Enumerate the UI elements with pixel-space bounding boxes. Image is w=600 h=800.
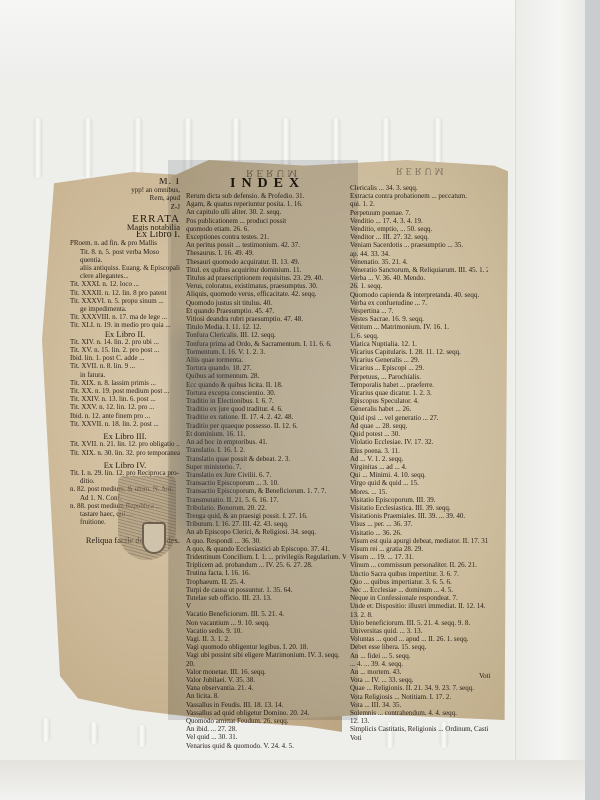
tray-ridge bbox=[84, 118, 92, 178]
index-entry: Visum est quia apurgi debeat, mediator. … bbox=[350, 537, 488, 545]
index-entry: 1. 6. seqq. bbox=[350, 332, 488, 340]
index-entry: ... 4. ... 39. 4. seqq. bbox=[350, 660, 488, 668]
overlay-shadow bbox=[178, 330, 238, 530]
index-entry: Vinum ... commissum personaliter. II. 26… bbox=[350, 561, 488, 569]
index-entry: Perpetuum poenae. 7. bbox=[350, 209, 488, 217]
errata-line: Tit. XX. n. 19. post medium post ... bbox=[70, 387, 180, 395]
index-entry: 12. 13. bbox=[350, 717, 488, 725]
index-entry: 26. 1. seqq. bbox=[350, 282, 488, 290]
errata-line: Tit. XIX. n. 30. lin. 32. pro temporanea… bbox=[70, 449, 180, 457]
index-entry: Violatio Ecclesiae. IV. 17. 32. bbox=[350, 438, 488, 446]
index-entry: Vetitum ... Matrimonium. IV. 16. 1. bbox=[350, 323, 488, 331]
header-note: ypp! an omnibus, bbox=[70, 186, 180, 194]
errata-line: clere allegantes... bbox=[70, 272, 180, 280]
errata-line: Tit. XXVII. n. 18. lin. 2. post ... bbox=[70, 420, 180, 428]
errata-line: Ibid. n. 12. ante finem pro ... bbox=[70, 412, 180, 420]
tray-ridge bbox=[434, 118, 442, 168]
section-heading: Ex Libro I. bbox=[70, 231, 180, 239]
index-entry: 13. 2. 8. bbox=[350, 611, 488, 619]
errata-line: Tit. XXXII. n. 12. lin. 8 pro patent bbox=[70, 289, 180, 297]
header-note: Rem, apud bbox=[70, 194, 180, 202]
index-entry: Clericalis ... 34. 3. seqq. bbox=[350, 184, 488, 192]
index-entry: Episcopus Speculator. 4. bbox=[350, 397, 488, 405]
index-entry: Simplicis Castitatis, Religionis ... Ord… bbox=[350, 725, 488, 733]
index-entry: Visitationis Praemiales. III. 39. ... 39… bbox=[350, 512, 488, 520]
errata-line: aliis antiquiss. Euang. & Episcopalis bbox=[70, 264, 180, 272]
errata-line: Ibid. lin. 1. post C. adde ... bbox=[70, 354, 180, 362]
index-entry: Debet esse libera. 15. seqq. bbox=[350, 643, 488, 651]
index-entry: An ... mortem. 43. bbox=[350, 668, 488, 676]
index-entry: Visum rei ... gratia 28. 29. bbox=[350, 545, 488, 553]
ornament-shield-icon bbox=[142, 522, 166, 554]
errata-title: ERRATA bbox=[70, 215, 180, 223]
tray-ridge bbox=[134, 118, 142, 178]
index-entry: Visitatio ... 36. 26. bbox=[350, 529, 488, 537]
errata-line: Tit. XXV. n. 12. lin. 12. pro ... bbox=[70, 403, 180, 411]
errata-line: Tit. XV. n. 15. lin. 2. pro post ... bbox=[70, 346, 180, 354]
index-entry: Neque in Confessionale respondeat. 7. bbox=[350, 594, 488, 602]
errata-line: ge impedimenta. bbox=[70, 305, 180, 313]
mirrored-running-head-right: RERUM bbox=[396, 165, 447, 176]
index-entry: Venditio ... 17. 4. 3. 4. 19. bbox=[350, 217, 488, 225]
index-entry: Veneratio Sanctorum, & Reliquiarum. III.… bbox=[350, 266, 488, 274]
index-entry: Unde et: Dispositio: illustri immediat. … bbox=[350, 602, 488, 610]
index-entry: Vel quid ... 30. 31. bbox=[186, 733, 346, 741]
index-entry: Visus ... per. ... 36. 37. bbox=[350, 520, 488, 528]
errata-line: Tit. XIX. n. 8. lassim primis ... bbox=[70, 379, 180, 387]
index-entry: Visum ... 19. ... 17. 31. bbox=[350, 553, 488, 561]
tray-ridge bbox=[382, 118, 390, 168]
index-entry: Generalis habet ... 26. bbox=[350, 405, 488, 413]
index-entry: Vicarius quae dicatur. 1. 2. 3. bbox=[350, 389, 488, 397]
index-entry: Vota ... III. 34. 35. bbox=[350, 701, 488, 709]
index-entry: An ... fidei ... 5. seqq. bbox=[350, 652, 488, 660]
tray-ridge bbox=[34, 118, 42, 178]
errata-line: quentia. bbox=[70, 256, 180, 264]
index-entry: Visitatio Episcoporum. III. 39. bbox=[350, 496, 488, 504]
index-entry: ap. 44. 33. 34. bbox=[350, 250, 488, 258]
errata-line: Tit. XXXVIII. n. 17. ma de lege ... bbox=[70, 313, 180, 321]
index-entry: Unio beneficiorum. III. 5. 21. 4. seqq. … bbox=[350, 619, 488, 627]
index-entry: Visitatio Ecclesiastica. III. 39. seqq. bbox=[350, 504, 488, 512]
index-entry: Universitas quid. ... 3. 13. bbox=[350, 627, 488, 635]
tray-ridge bbox=[90, 722, 98, 744]
errata-line: Tit. XXIV. n. 13. lin. 6. post ... bbox=[70, 395, 180, 403]
index-entry: Ad quae ... 28. seqq. bbox=[350, 422, 488, 430]
section-heading: Ex Libro III. bbox=[70, 432, 180, 440]
index-entry: Venenatio. 35. 21. 4. bbox=[350, 258, 488, 266]
index-entry: Verba ... V. 36. 40. Mendo. bbox=[350, 274, 488, 282]
index-entry: Vespertina ... 7. bbox=[350, 307, 488, 315]
index-entry: Solemnis ... contrahendum. 4. 4. seqq. bbox=[350, 709, 488, 717]
index-entry: Vicarius Capitularis. I. 28. 11. 12. seq… bbox=[350, 348, 488, 356]
index-entry: Extracta contra probationem ... peccatum… bbox=[350, 192, 488, 200]
index-column-2: Clericalis ... 34. 3. seqq.Extracta cont… bbox=[350, 184, 488, 742]
index-entry: Quid ipsi ... vel generatio ... 27. bbox=[350, 414, 488, 422]
tray-ridge bbox=[138, 725, 146, 747]
index-entry: qui. 1. 2. bbox=[350, 200, 488, 208]
running-head: M. I bbox=[70, 178, 180, 186]
index-entry: Ad ... V. 1. 2. seqq. bbox=[350, 455, 488, 463]
index-entry: Quae ... Religionis. II. 21. 34. 9. 23. … bbox=[350, 684, 488, 692]
tray-rim-top bbox=[0, 0, 585, 81]
header-note: Z-J bbox=[70, 203, 180, 211]
index-entry: Qui ... Minimi. 4. 10. seqq. bbox=[350, 471, 488, 479]
index-entry: Verba ex confuetudine ... 7. bbox=[350, 299, 488, 307]
index-entry: Vicarius Generalis ... 29. bbox=[350, 356, 488, 364]
index-entry: Nec ... Ecclesiae ... dominum ... 4. 5. bbox=[350, 586, 488, 594]
index-entry: Quomodo capienda & interpretanda. 40. se… bbox=[350, 291, 488, 299]
index-entry: Vota Religiosis ... Notitiam. I. 17. 2. bbox=[350, 693, 488, 701]
index-entry: Vestes Sacrae. 16. 9. seqq. bbox=[350, 315, 488, 323]
errata-subtitle: Magis notabilia bbox=[70, 223, 180, 231]
index-entry: Virginitas ... ad ... 4. bbox=[350, 463, 488, 471]
index-entry: Voti bbox=[350, 734, 488, 742]
index-entry: Virgo quid & quid ... 15. bbox=[350, 479, 488, 487]
index-entry: Vicarius ... Episcopi ... 29. bbox=[350, 364, 488, 372]
index-entry: An ibid. ... 27. 28. bbox=[186, 725, 346, 733]
section-heading: Ex Libro II. bbox=[70, 330, 180, 338]
index-entry: Veniam Sacerdotis ... praesumptio ... 35… bbox=[350, 241, 488, 249]
catchword: Voti bbox=[479, 672, 491, 680]
tray-rim-bottom bbox=[0, 760, 585, 800]
tray-ridge bbox=[42, 718, 50, 742]
section-heading: Ex Libro IV. bbox=[70, 461, 180, 469]
errata-line: in fatura. bbox=[70, 371, 180, 379]
errata-line: Tit. XXXVI. n. 5. propu sinum ... bbox=[70, 297, 180, 305]
index-entry: Voluntas ... quod ... apud ... II. 26. 1… bbox=[350, 635, 488, 643]
index-entry: Unctio Sacra quibus impertitur. 3. 6. 7. bbox=[350, 570, 488, 578]
index-entry: Mores. ... 15. bbox=[350, 488, 488, 496]
errata-line: Tit. 8. n. 5. post verba Moso bbox=[70, 248, 180, 256]
errata-line: Tit. XVII. n. 21. lin. 12. pro obligatio… bbox=[70, 440, 180, 448]
errata-line: PRoem. n. ad fin. & pro Mallis bbox=[70, 239, 180, 247]
index-entry: Viatica Nuptialia. 12. 1. bbox=[350, 340, 488, 348]
errata-line: Tit. XLI. n. 19. in medio pro quia ... bbox=[70, 321, 180, 329]
index-entry: Temporalis habet ... praeferre. bbox=[350, 381, 488, 389]
index-entry: Quid potest ... 30. bbox=[350, 430, 488, 438]
index-entry: Venditor ... III. 27. 32. seqq. bbox=[350, 233, 488, 241]
tray-outer-edge bbox=[585, 0, 600, 800]
index-entry: Vota ... IV. ... 33. seqq. bbox=[350, 676, 488, 684]
index-entry: Venarius quid & quomodo. V. 24. 4. 5. bbox=[186, 742, 346, 750]
index-entry: Venditio, emptio, ... 50. seqq. bbox=[350, 225, 488, 233]
index-entry: Eius poena. 3. 11. bbox=[350, 447, 488, 455]
errata-line: Tit. XXXI. n. 12. loco ... bbox=[70, 280, 180, 288]
index-entry: Quo ... quibus impertiatur. 3. 6. 5. 6. bbox=[350, 578, 488, 586]
errata-line: Tit. XVII. n. 8. lin. 9 ... bbox=[70, 362, 180, 370]
index-entry: Perpetuus, ... Parochialis. bbox=[350, 373, 488, 381]
tray-rim-right bbox=[515, 0, 586, 800]
errata-line: Tit. XIV. n. 14. lin. 2. pro ubi ... bbox=[70, 338, 180, 346]
